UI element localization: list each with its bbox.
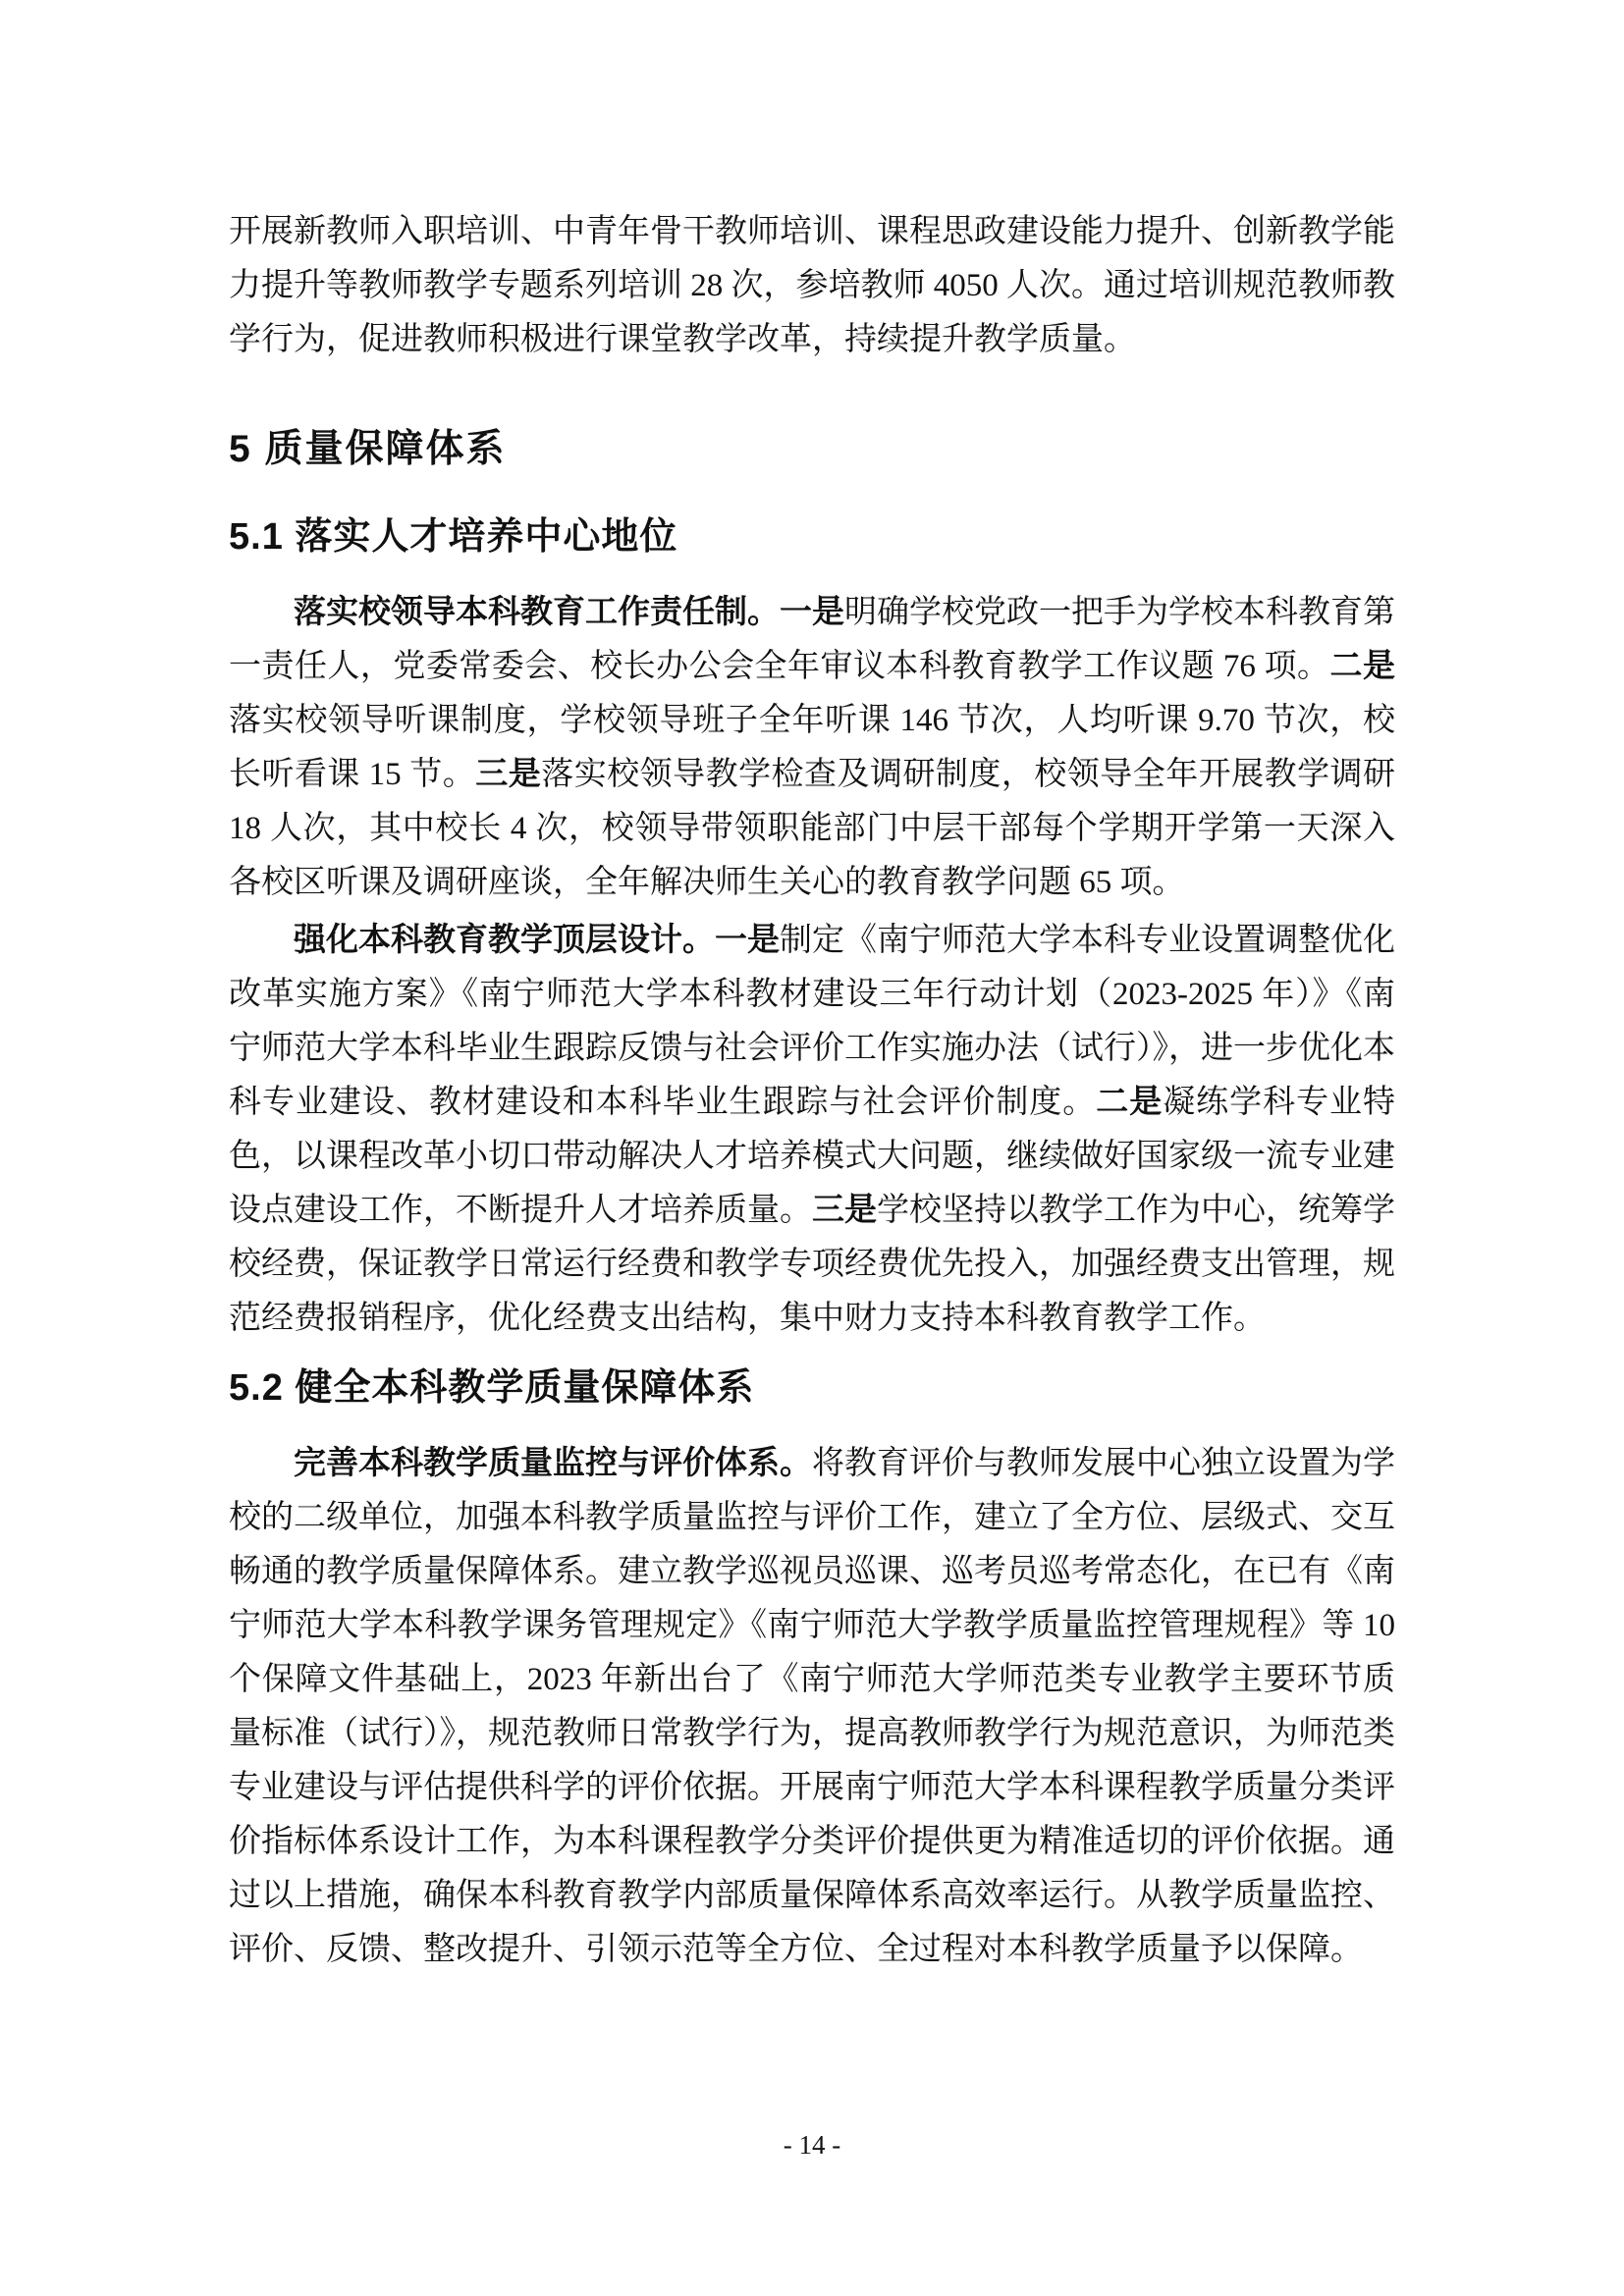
chapter-heading: 5 质量保障体系 [229, 422, 1395, 476]
text-run-bold: 三是 [812, 1193, 877, 1228]
page-content: 开展新教师入职培训、中青年骨干教师培训、课程思政建设能力提升、创新教学能力提升等… [229, 205, 1395, 1977]
text-run-bold: 二是 [1330, 649, 1395, 684]
section-heading-5-1: 5.1 落实人才培养中心地位 [229, 510, 1395, 564]
paragraph-5-1-2: 强化本科教育教学顶层设计。一是制定《南宁师范大学本科专业设置调整优化改革实施方案… [229, 914, 1395, 1346]
text-run-bold: 强化本科教育教学顶层设计。一是 [294, 923, 780, 958]
paragraph-5-2-1: 完善本科教学质量监控与评价体系。将教育评价与教师发展中心独立设置为学校的二级单位… [229, 1437, 1395, 1977]
paragraph-5-1-1: 落实校领导本科教育工作责任制。一是明确学校党政一把手为学校本科教育第一责任人，党… [229, 586, 1395, 910]
text-run-bold: 二是 [1096, 1085, 1163, 1120]
text-run-bold: 三是 [475, 757, 541, 792]
intro-paragraph: 开展新教师入职培训、中青年骨干教师培训、课程思政建设能力提升、创新教学能力提升等… [229, 205, 1395, 367]
text-run-bold: 完善本科教学质量监控与评价体系。 [294, 1446, 812, 1481]
text-run: 开展新教师入职培训、中青年骨干教师培训、课程思政建设能力提升、创新教学能力提升等… [229, 214, 1395, 357]
section-heading-5-2: 5.2 健全本科教学质量保障体系 [229, 1362, 1395, 1415]
text-run: 将教育评价与教师发展中心独立设置为学校的二级单位，加强本科教学质量监控与评价工作… [229, 1446, 1395, 1967]
page-number: - 14 - [0, 2130, 1624, 2161]
document-page: 开展新教师入职培训、中青年骨干教师培训、课程思政建设能力提升、创新教学能力提升等… [0, 0, 1624, 2296]
text-run-bold: 落实校领导本科教育工作责任制。一是 [294, 595, 844, 630]
